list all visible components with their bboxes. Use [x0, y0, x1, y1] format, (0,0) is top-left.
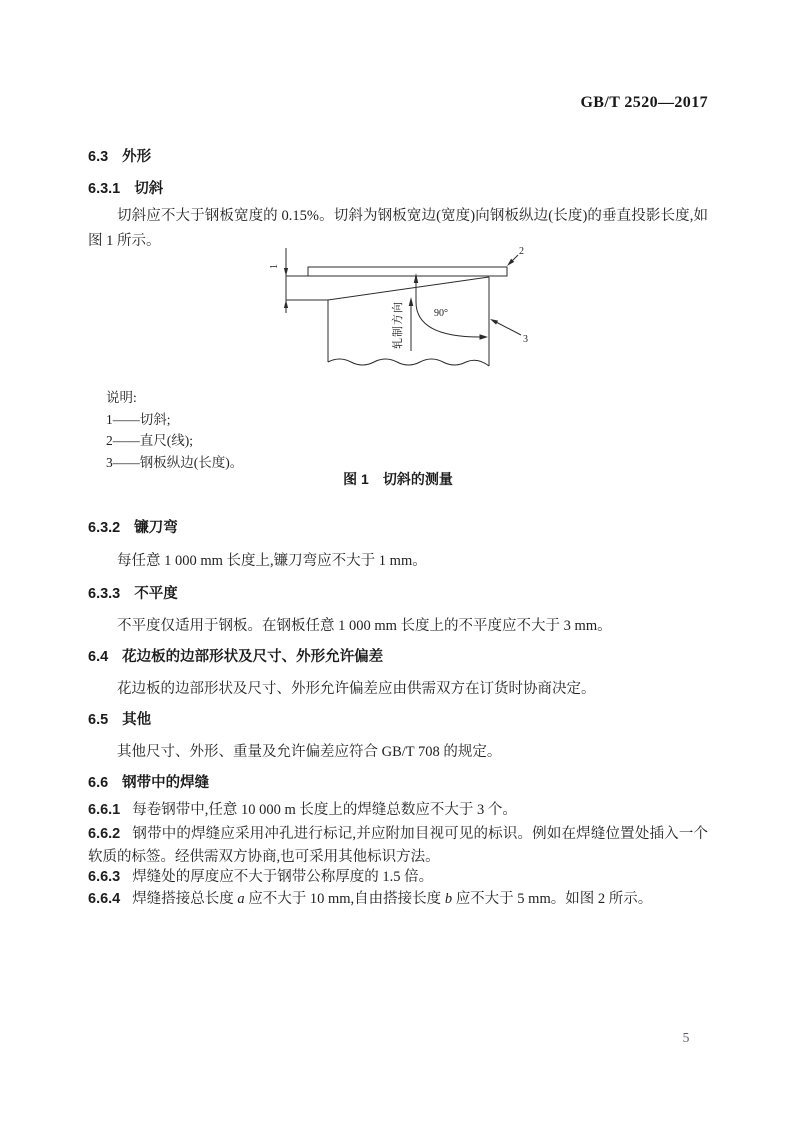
leader-line-2 — [507, 255, 518, 266]
clause-number: 6.6.4 — [88, 888, 120, 911]
angle-arc — [416, 302, 480, 337]
cut-skew-diagram: 1 轧制方向 90° — [253, 240, 553, 380]
paragraph-6-4: 花边板的边部形状及尺寸、外形允许偏差应由供需双方在订货时协商决定。 — [88, 677, 708, 702]
heading-title: 花边板的边部形状及尺寸、外形允许偏差 — [122, 649, 383, 665]
heading-number: 6.3.2 — [88, 520, 120, 536]
clause-6-6-3: 6.6.3焊缝处的厚度应不大于钢带公称厚度的 1.5 倍。 — [88, 866, 708, 889]
doc-code-header: GB/T 2520—2017 — [88, 94, 708, 112]
clause-text-part: 应不大于 10 mm,自由搭接长度 — [245, 891, 445, 907]
paragraph-6-3-2: 每任意 1 000 mm 长度上,镰刀弯应不大于 1 mm。 — [88, 549, 708, 574]
clause-text-part: 焊缝搭接总长度 — [132, 891, 237, 907]
heading-title: 不平度 — [134, 586, 178, 602]
sheared-edge — [328, 277, 489, 300]
clause-6-6-2: 6.6.2钢带中的焊缝应采用冲孔进行标记,并应附加目视可见的标识。例如在焊缝位置… — [88, 823, 708, 869]
document-page: GB/T 2520—2017 6.3外形 6.3.1切斜 切斜应不大于钢板宽度的… — [0, 0, 793, 1122]
variable-a: a — [237, 891, 244, 907]
heading-number: 6.3.1 — [88, 181, 120, 197]
heading-number: 6.3.3 — [88, 586, 120, 602]
heading-6-3-2: 6.3.2镰刀弯 — [88, 516, 708, 537]
steel-plate-outline — [328, 277, 489, 366]
heading-6-6: 6.6钢带中的焊缝 — [88, 771, 708, 792]
heading-6-3: 6.3外形 — [88, 145, 708, 166]
paragraph-6-3-3: 不平度仅适用于钢板。在钢板任意 1 000 mm 长度上的不平度应不大于 3 m… — [88, 614, 708, 639]
figure-label-1: 1 — [269, 264, 280, 269]
figure-1-caption: 图 1 切斜的测量 — [88, 469, 708, 489]
clause-number: 6.6.3 — [88, 866, 120, 889]
figure-label-2: 2 — [519, 246, 524, 257]
clause-text: 每卷钢带中,任意 10 000 m 长度上的焊缝总数应不大于 3 个。 — [132, 802, 517, 818]
rolling-direction-label: 轧制方向 — [390, 301, 404, 349]
legend-item: 2——直尺(线); — [106, 430, 243, 452]
paragraph-6-5: 其他尺寸、外形、重量及允许偏差应符合 GB/T 708 的规定。 — [88, 740, 708, 765]
ruler-shape — [308, 267, 507, 276]
heading-title: 外形 — [122, 149, 151, 165]
clause-text: 钢带中的焊缝应采用冲孔进行标记,并应附加目视可见的标识。例如在焊缝位置处插入一个… — [88, 826, 708, 865]
figure-1-drawing: 1 轧制方向 90° — [253, 240, 553, 380]
clause-text-part: 应不大于 5 mm。如图 2 所示。 — [452, 891, 652, 907]
clause-6-6-1: 6.6.1每卷钢带中,任意 10 000 m 长度上的焊缝总数应不大于 3 个。 — [88, 799, 708, 822]
heading-title: 镰刀弯 — [134, 520, 178, 536]
heading-number: 6.6 — [88, 775, 108, 791]
angle-value-label: 90° — [434, 308, 448, 319]
figure-label-3: 3 — [523, 334, 528, 345]
dimension-line — [284, 248, 288, 313]
wavy-break-line — [328, 359, 489, 366]
heading-6-5: 6.5其他 — [88, 708, 708, 729]
heading-6-3-3: 6.3.3不平度 — [88, 582, 708, 603]
legend-title: 说明: — [106, 387, 243, 409]
heading-title: 其他 — [122, 712, 151, 728]
clause-number: 6.6.2 — [88, 823, 120, 846]
legend-item: 1——切斜; — [106, 409, 243, 431]
heading-number: 6.5 — [88, 712, 108, 728]
heading-6-4: 6.4花边板的边部形状及尺寸、外形允许偏差 — [88, 645, 708, 666]
heading-6-3-1: 6.3.1切斜 — [88, 177, 708, 198]
clause-6-6-4: 6.6.4焊缝搭接总长度 a 应不大于 10 mm,自由搭接长度 b 应不大于 … — [88, 888, 708, 911]
leader-line-3 — [490, 319, 521, 335]
clause-text: 焊缝处的厚度应不大于钢带公称厚度的 1.5 倍。 — [132, 869, 433, 885]
heading-title: 钢带中的焊缝 — [122, 775, 209, 791]
heading-number: 6.4 — [88, 649, 108, 665]
figure-1-legend: 说明: 1——切斜; 2——直尺(线); 3——钢板纵边(长度)。 — [106, 387, 243, 473]
page-number: 5 — [670, 1030, 702, 1046]
variable-b: b — [445, 891, 452, 907]
rolling-direction-arrow — [409, 297, 414, 351]
heading-title: 切斜 — [134, 181, 163, 197]
right-angle-arrow — [414, 273, 488, 340]
clause-number: 6.6.1 — [88, 799, 120, 822]
heading-number: 6.3 — [88, 149, 108, 165]
